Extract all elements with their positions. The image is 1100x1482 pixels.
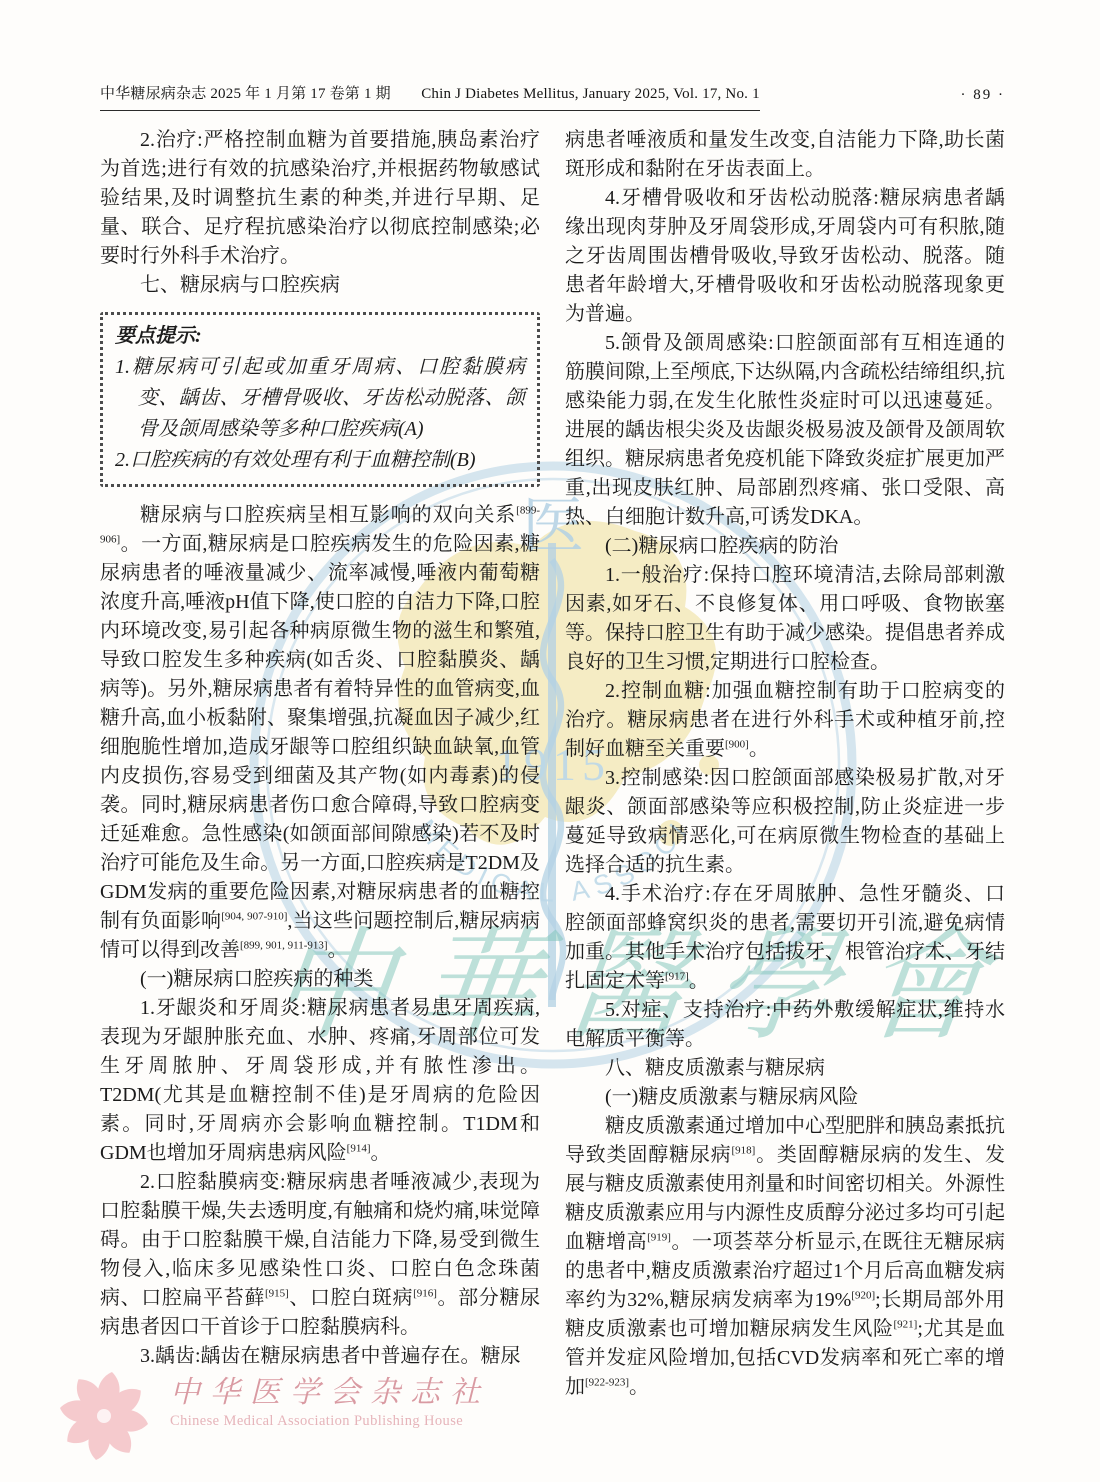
key-points-items: 1.糖尿病可引起或加重牙周病、口腔黏膜病变、龋齿、牙槽骨吸收、牙齿松动脱落、颌骨… (115, 352, 525, 476)
paragraph: 糖皮质激素通过增加中心型肥胖和胰岛素抵抗导致类固醇糖尿病[918]。类固醇糖尿病… (565, 1112, 1005, 1402)
subsection-heading-2: (二)糖尿病口腔疾病的防治 (565, 532, 1005, 561)
left-bottom-paragraphs: 糖尿病与口腔疾病呈相互影响的双向关系[899-906]。一方面,糖尿病是口腔疾病… (100, 501, 540, 1371)
article-body: 2.治疗:严格控制血糖为首要措施,胰岛素治疗为首选;进行有效的抗感染治疗,并根据… (100, 126, 1005, 1402)
paragraph: 3.龋齿:龋齿在糖尿病患者中普遍存在。糖尿 (100, 1342, 540, 1371)
reference-superscript: [899-906] (100, 504, 540, 545)
paragraph: 1.糖尿病可引起或加重牙周病、口腔黏膜病变、龋齿、牙槽骨吸收、牙齿松动脱落、颌骨… (115, 352, 525, 445)
section-heading-8: 八、糖皮质激素与糖尿病 (565, 1054, 1005, 1083)
reference-superscript: [919] (647, 1231, 671, 1243)
paragraph: 2.口腔疾病的有效处理有利于血糖控制(B) (115, 445, 525, 476)
paragraph: 3.控制感染:因口腔颌面部感染极易扩散,对牙龈炎、颌面部感染等应积极控制,防止炎… (565, 764, 1005, 880)
reference-superscript: [904, 907-910] (221, 910, 287, 922)
page-number: · 89 · (961, 87, 1006, 111)
paragraph: 1.牙龈炎和牙周炎:糖尿病患者易患牙周疾病,表现为牙龈肿胀充血、水肿、疼痛,牙周… (100, 994, 540, 1168)
paragraph: 4.手术治疗:存在牙周脓肿、急性牙髓炎、口腔颌面部蜂窝织炎的患者,需要切开引流,… (565, 880, 1005, 996)
paragraph: 2.口腔黏膜病变:糖尿病患者唾液减少,表现为口腔黏膜干燥,失去透明度,有触痛和烧… (100, 1168, 540, 1342)
paragraph: 病患者唾液质和量发生改变,自洁能力下降,助长菌斑形成和黏附在牙齿表面上。 (565, 126, 1005, 184)
reference-superscript: [900] (725, 738, 749, 750)
paragraph: 5.对症、支持治疗:中药外敷缓解症状,维持水电解质平衡等。 (565, 996, 1005, 1054)
reference-superscript: [922-923] (585, 1376, 629, 1388)
paragraph: 2.控制血糖:加强血糖控制有助于口腔病变的治疗。糖尿病患者在进行外科手术或种植牙… (565, 677, 1005, 764)
left-column: 2.治疗:严格控制血糖为首要措施,胰岛素治疗为首选;进行有效的抗感染治疗,并根据… (100, 126, 540, 1402)
paragraph: 糖尿病与口腔疾病呈相互影响的双向关系[899-906]。一方面,糖尿病是口腔疾病… (100, 501, 540, 965)
left-top-paragraphs: 2.治疗:严格控制血糖为首要措施,胰岛素治疗为首选;进行有效的抗感染治疗,并根据… (100, 126, 540, 300)
publisher-name-en: Chinese Medical Association Publishing H… (170, 1413, 490, 1430)
subsection-heading-1b: (一)糖皮质激素与糖尿病风险 (565, 1083, 1005, 1112)
subsection-heading-1: (一)糖尿病口腔疾病的种类 (100, 965, 540, 994)
key-points-box: 要点提示: 1.糖尿病可引起或加重牙周病、口腔黏膜病变、龋齿、牙槽骨吸收、牙齿松… (100, 312, 540, 487)
reference-superscript: [918] (731, 1144, 755, 1156)
reference-superscript: [920] (851, 1289, 875, 1301)
paragraph: 4.牙槽骨吸收和牙齿松动脱落:糖尿病患者龋缘出现肉芽肿及牙周袋形成,牙周袋内可有… (565, 184, 1005, 329)
right-column: 病患者唾液质和量发生改变,自洁能力下降,助长菌斑形成和黏附在牙齿表面上。4.牙槽… (565, 126, 1005, 1402)
journal-title-line: 中华糖尿病杂志 2025 年 1 月第 17 卷第 1 期 Chin J Dia… (100, 82, 760, 111)
page-header: 中华糖尿病杂志 2025 年 1 月第 17 卷第 1 期 Chin J Dia… (100, 82, 1005, 111)
reference-superscript: [917] (665, 970, 689, 982)
reference-superscript: [914] (347, 1142, 371, 1154)
paragraph: 1.一般治疗:保持口腔环境清洁,去除局部刺激因素,如牙石、不良修复体、用口呼吸、… (565, 561, 1005, 677)
right-paragraphs: 病患者唾液质和量发生改变,自洁能力下降,助长菌斑形成和黏附在牙齿表面上。4.牙槽… (565, 126, 1005, 1402)
paragraph: 2.治疗:严格控制血糖为首要措施,胰岛素治疗为首选;进行有效的抗感染治疗,并根据… (100, 126, 540, 271)
key-points-title: 要点提示: (115, 321, 525, 352)
reference-superscript: [915] (265, 1287, 289, 1299)
paragraph: 5.颌骨及颌周感染:口腔颌面部有互相连通的筋膜间隙,上至颅底,下达纵隔,内含疏松… (565, 329, 1005, 532)
reference-superscript: [899, 901, 911-913] (240, 939, 328, 951)
reference-superscript: [916] (413, 1287, 437, 1299)
journal-page: 医 1915 MEDICAL ASSOCIATION 中華醫學會 中华糖尿病杂志… (0, 0, 1100, 1482)
section-heading-7: 七、糖尿病与口腔疾病 (100, 271, 540, 300)
reference-superscript: [921] (894, 1318, 918, 1330)
